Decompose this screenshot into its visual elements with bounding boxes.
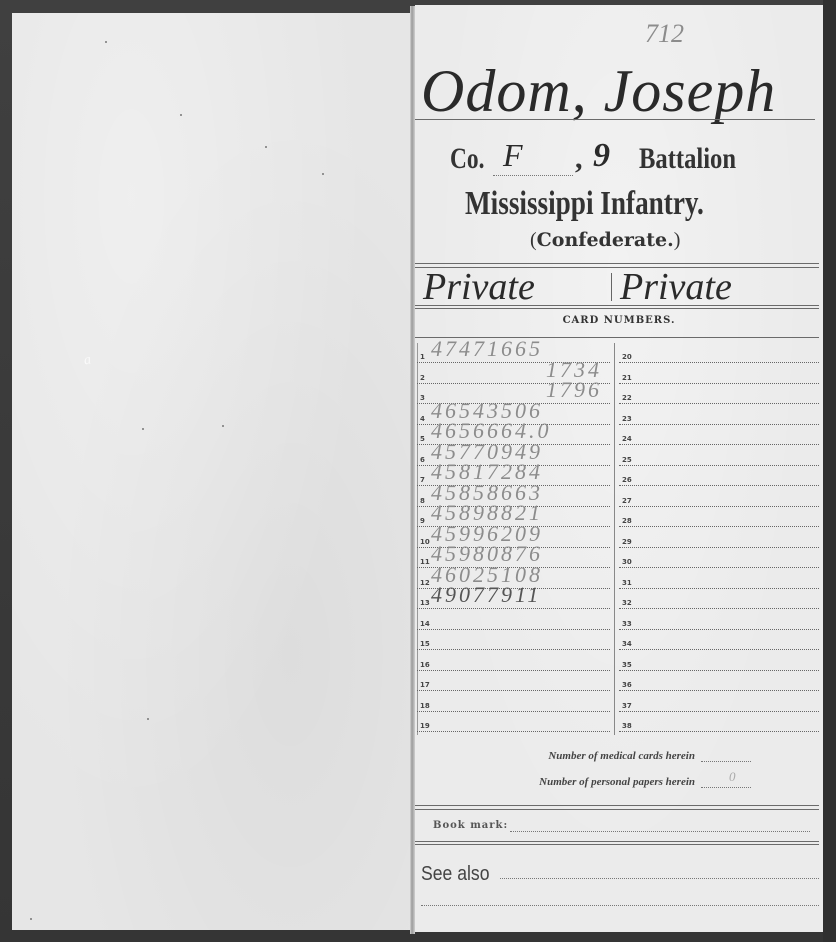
paper-speck <box>142 428 144 430</box>
card-row: 25 <box>619 446 819 466</box>
card-row: 34 <box>619 630 819 650</box>
scanner-edge <box>823 0 836 942</box>
personal-papers-label: Number of personal papers herein <box>490 776 695 788</box>
grid-column-divider <box>614 343 615 735</box>
card-row: 38 <box>619 712 819 732</box>
see-also-label: See also <box>421 863 490 886</box>
card-row: 18 <box>417 692 610 712</box>
card-row: 30 <box>619 548 819 568</box>
record-card: 712 Odom, Joseph Co. F , 9 Battalion Mis… <box>415 5 823 932</box>
book-mark-label: Book mark: <box>433 820 508 831</box>
bookmark-double-rule-bottom <box>415 844 819 845</box>
card-row: 20 <box>619 343 819 363</box>
card-row: 14 <box>417 610 610 630</box>
card-number: 49077911 <box>431 582 541 608</box>
rank-double-rule-top <box>415 305 819 306</box>
state-unit: Mississippi Infantry. <box>465 185 704 223</box>
file-number: 712 <box>645 19 684 49</box>
card-row: 32 <box>619 589 819 609</box>
card-row: 23 <box>619 405 819 425</box>
battalion-label: Battalion <box>639 142 736 176</box>
faint-pencil-mark: a <box>83 353 93 370</box>
battalion-number: 9 <box>593 137 610 175</box>
company-battalion-line: Co. F , 9 Battalion <box>415 137 823 181</box>
book-mark-blank <box>510 831 810 832</box>
card-row: 1349077911 <box>417 589 610 609</box>
medical-cards-line: Number of medical cards herein <box>490 750 751 762</box>
rank-in: Private <box>423 265 535 309</box>
medical-cards-blank <box>701 751 751 762</box>
card-row: 21 <box>619 364 819 384</box>
bookmark-double-rule-top <box>415 841 819 842</box>
comma: , <box>575 142 583 176</box>
allegiance-text: Confederate. <box>537 229 674 251</box>
see-also-blank-2 <box>421 905 819 906</box>
card-row: 33 <box>619 610 819 630</box>
company-label: Co. <box>450 142 484 176</box>
card-row: 28 <box>619 507 819 527</box>
rank-out: Private <box>620 265 732 309</box>
see-also-blank-1 <box>500 878 819 879</box>
paper-speck <box>147 718 149 720</box>
card-numbers-heading: CARD NUMBERS. <box>415 315 823 326</box>
card-row: 29 <box>619 528 819 548</box>
blank-left-page: a <box>12 13 410 930</box>
company-value: F <box>503 137 523 174</box>
soldier-name-field: Odom, Joseph <box>415 55 823 125</box>
allegiance: (Confederate.) <box>530 229 680 252</box>
card-row: 35 <box>619 651 819 671</box>
rank-divider <box>611 273 612 301</box>
card-row: 17 <box>417 671 610 691</box>
card-numbers-grid: 147471665 21734 31796 446543506 54656664… <box>415 343 823 735</box>
card-row: 31 <box>619 569 819 589</box>
card-row: 36 <box>619 671 819 691</box>
card-row: 24 <box>619 425 819 445</box>
paper-speck <box>30 918 32 920</box>
company-blank <box>493 175 573 176</box>
rank-line: Private Private <box>415 267 823 305</box>
rank-double-rule-bottom <box>415 308 819 309</box>
card-row: 16 <box>417 651 610 671</box>
name-underline <box>415 119 815 120</box>
card-row: 19 <box>417 712 610 732</box>
paper-speck <box>265 146 267 148</box>
paper-speck <box>180 114 182 116</box>
medical-cards-label: Number of medical cards herein <box>490 750 695 762</box>
paper-speck <box>105 41 107 43</box>
footer-double-rule-bottom <box>415 809 819 810</box>
personal-papers-blank: 0 <box>701 777 751 788</box>
card-number: 47471665 <box>431 336 543 362</box>
card-row: 27 <box>619 487 819 507</box>
card-row: 22 <box>619 384 819 404</box>
card-row: 26 <box>619 466 819 486</box>
card-row: 37 <box>619 692 819 712</box>
paper-speck <box>222 425 224 427</box>
personal-papers-line: Number of personal papers herein0 <box>490 776 751 788</box>
footer-double-rule-top <box>415 805 819 806</box>
header-double-rule-top <box>415 263 819 264</box>
paper-speck <box>322 173 324 175</box>
card-row: 15 <box>417 630 610 650</box>
card-number: 1796 <box>546 377 602 403</box>
soldier-name: Odom, Joseph <box>421 57 776 126</box>
